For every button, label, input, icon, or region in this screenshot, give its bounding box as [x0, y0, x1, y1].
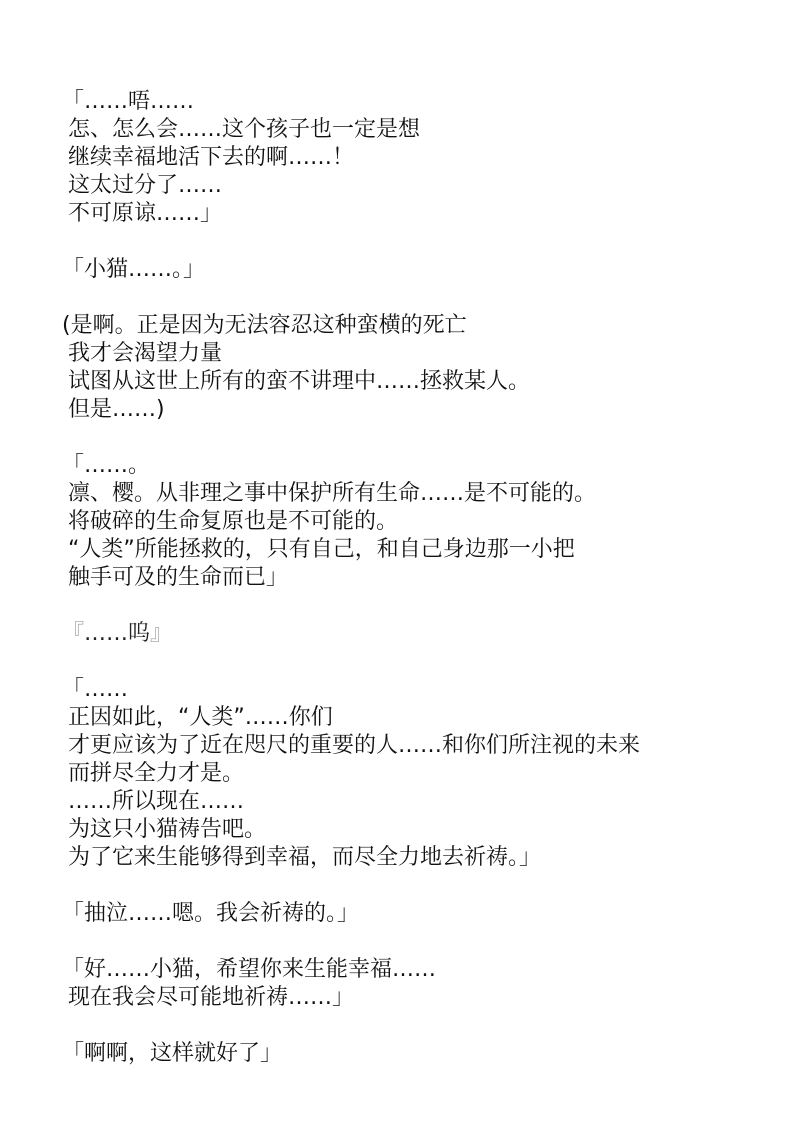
- text-line: 「……。: [62, 452, 782, 480]
- text-line: 「小猫……。」: [62, 256, 782, 284]
- dialogue-paragraph-2: 「小猫……。」: [62, 256, 782, 284]
- text-line: 我才会渴望力量: [62, 340, 782, 368]
- text-line: 不可原谅……」: [62, 200, 782, 228]
- dialogue-paragraph-8: 「好……小猫，希望你来生能幸福…… 现在我会尽可能地祈祷……」: [62, 956, 782, 1012]
- text-line: 怎、怎么会……这个孩子也一定是想: [62, 116, 782, 144]
- text-line: 将破碎的生命复原也是不可能的。: [62, 508, 782, 536]
- dialogue-paragraph-6: 「…… 正因如此，“人类”……你们 才更应该为了近在咫尺的重要的人……和你们所注…: [62, 676, 782, 872]
- document-page: 「……唔…… 怎、怎么会……这个孩子也一定是想 继续幸福地活下去的啊……！ 这太…: [62, 88, 782, 1096]
- monologue-paragraph-3: (是啊。正是因为无法容忍这种蛮横的死亡 我才会渴望力量 试图从这世上所有的蛮不讲…: [62, 312, 782, 424]
- text-line: “人类”所能拯救的，只有自己，和自己身边那一小把: [62, 536, 782, 564]
- text-line: 「抽泣……嗯。我会祈祷的。」: [62, 900, 782, 928]
- text-line: (是啊。正是因为无法容忍这种蛮横的死亡: [62, 312, 782, 340]
- text-line: 但是……): [62, 396, 782, 424]
- dialogue-paragraph-5: 『……呜』: [62, 620, 782, 648]
- line-text: ……呜: [84, 621, 150, 646]
- text-line: 继续幸福地活下去的啊……！: [62, 144, 782, 172]
- text-line: ……所以现在……: [62, 788, 782, 816]
- text-line: 『……呜』: [62, 620, 782, 648]
- dialogue-paragraph-9: 「啊啊，这样就好了」: [62, 1040, 782, 1068]
- text-line: 凛、樱。从非理之事中保护所有生命……是不可能的。: [62, 480, 782, 508]
- text-line: 这太过分了……: [62, 172, 782, 200]
- text-line: 才更应该为了近在咫尺的重要的人……和你们所注视的未来: [62, 732, 782, 760]
- dialogue-paragraph-7: 「抽泣……嗯。我会祈祷的。」: [62, 900, 782, 928]
- dialogue-paragraph-4: 「……。 凛、樱。从非理之事中保护所有生命……是不可能的。 将破碎的生命复原也是…: [62, 452, 782, 592]
- text-line: 「好……小猫，希望你来生能幸福……: [62, 956, 782, 984]
- text-line: 「……: [62, 676, 782, 704]
- text-line: 正因如此，“人类”……你们: [62, 704, 782, 732]
- text-line: 「……唔……: [62, 88, 782, 116]
- dialogue-paragraph-1: 「……唔…… 怎、怎么会……这个孩子也一定是想 继续幸福地活下去的啊……！ 这太…: [62, 88, 782, 228]
- text-line: 为了它来生能够得到幸福，而尽全力地去祈祷。」: [62, 844, 782, 872]
- text-line: 为这只小猫祷告吧。: [62, 816, 782, 844]
- text-line: 而拼尽全力才是。: [62, 760, 782, 788]
- text-line: 触手可及的生命而已」: [62, 564, 782, 592]
- open-bracket: 『: [62, 621, 84, 646]
- close-bracket: 』: [150, 621, 172, 646]
- text-line: 试图从这世上所有的蛮不讲理中……拯救某人。: [62, 368, 782, 396]
- text-line: 「啊啊，这样就好了」: [62, 1040, 782, 1068]
- text-line: 现在我会尽可能地祈祷……」: [62, 984, 782, 1012]
